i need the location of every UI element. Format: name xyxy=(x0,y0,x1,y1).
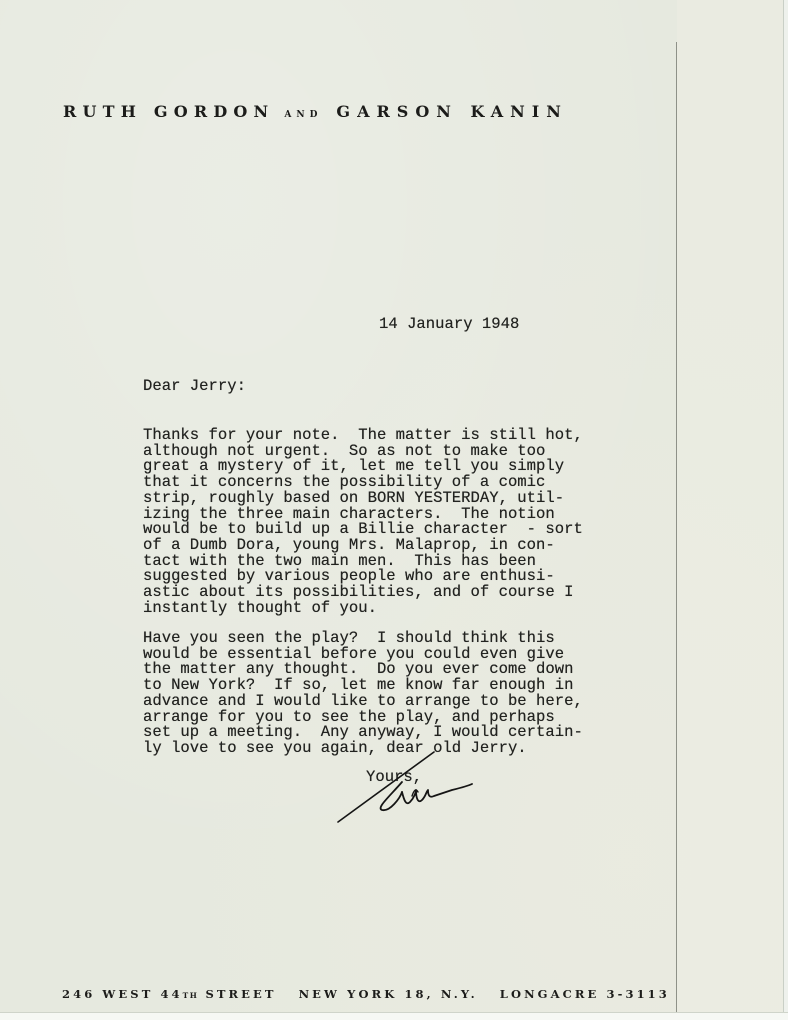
signature-icon xyxy=(330,740,490,835)
letterhead: RUTH GORDONANDGARSON KANIN xyxy=(63,102,568,121)
scan-border-bottom xyxy=(0,1012,788,1020)
paper-margin-strip xyxy=(677,0,783,1012)
page-edge-line xyxy=(676,42,677,1012)
letter-paragraph-2: Have you seen the play? I should think t… xyxy=(143,631,583,757)
letter-date: 14 January 1948 xyxy=(379,317,519,333)
letterhead-name-garson-kanin: GARSON KANIN xyxy=(336,102,567,121)
footer-phone: LONGACRE 3-3113 xyxy=(500,987,670,1001)
scan-border-right xyxy=(783,0,788,1012)
letterhead-footer: 246 WEST 44TH STREETNEW YORK 18, N.Y.LON… xyxy=(62,987,670,1001)
letterhead-and: AND xyxy=(284,110,322,120)
footer-city: NEW YORK 18, N.Y. xyxy=(299,987,478,1001)
footer-street-number: 246 WEST 44 xyxy=(62,987,183,1001)
letterhead-name-ruth-gordon: RUTH GORDON xyxy=(63,102,274,121)
letter-paragraph-1: Thanks for your note. The matter is stil… xyxy=(143,428,583,616)
footer-street-suffix: TH xyxy=(183,991,199,1000)
footer-street-name: STREET xyxy=(205,987,276,1001)
letter-salutation: Dear Jerry: xyxy=(143,379,246,395)
